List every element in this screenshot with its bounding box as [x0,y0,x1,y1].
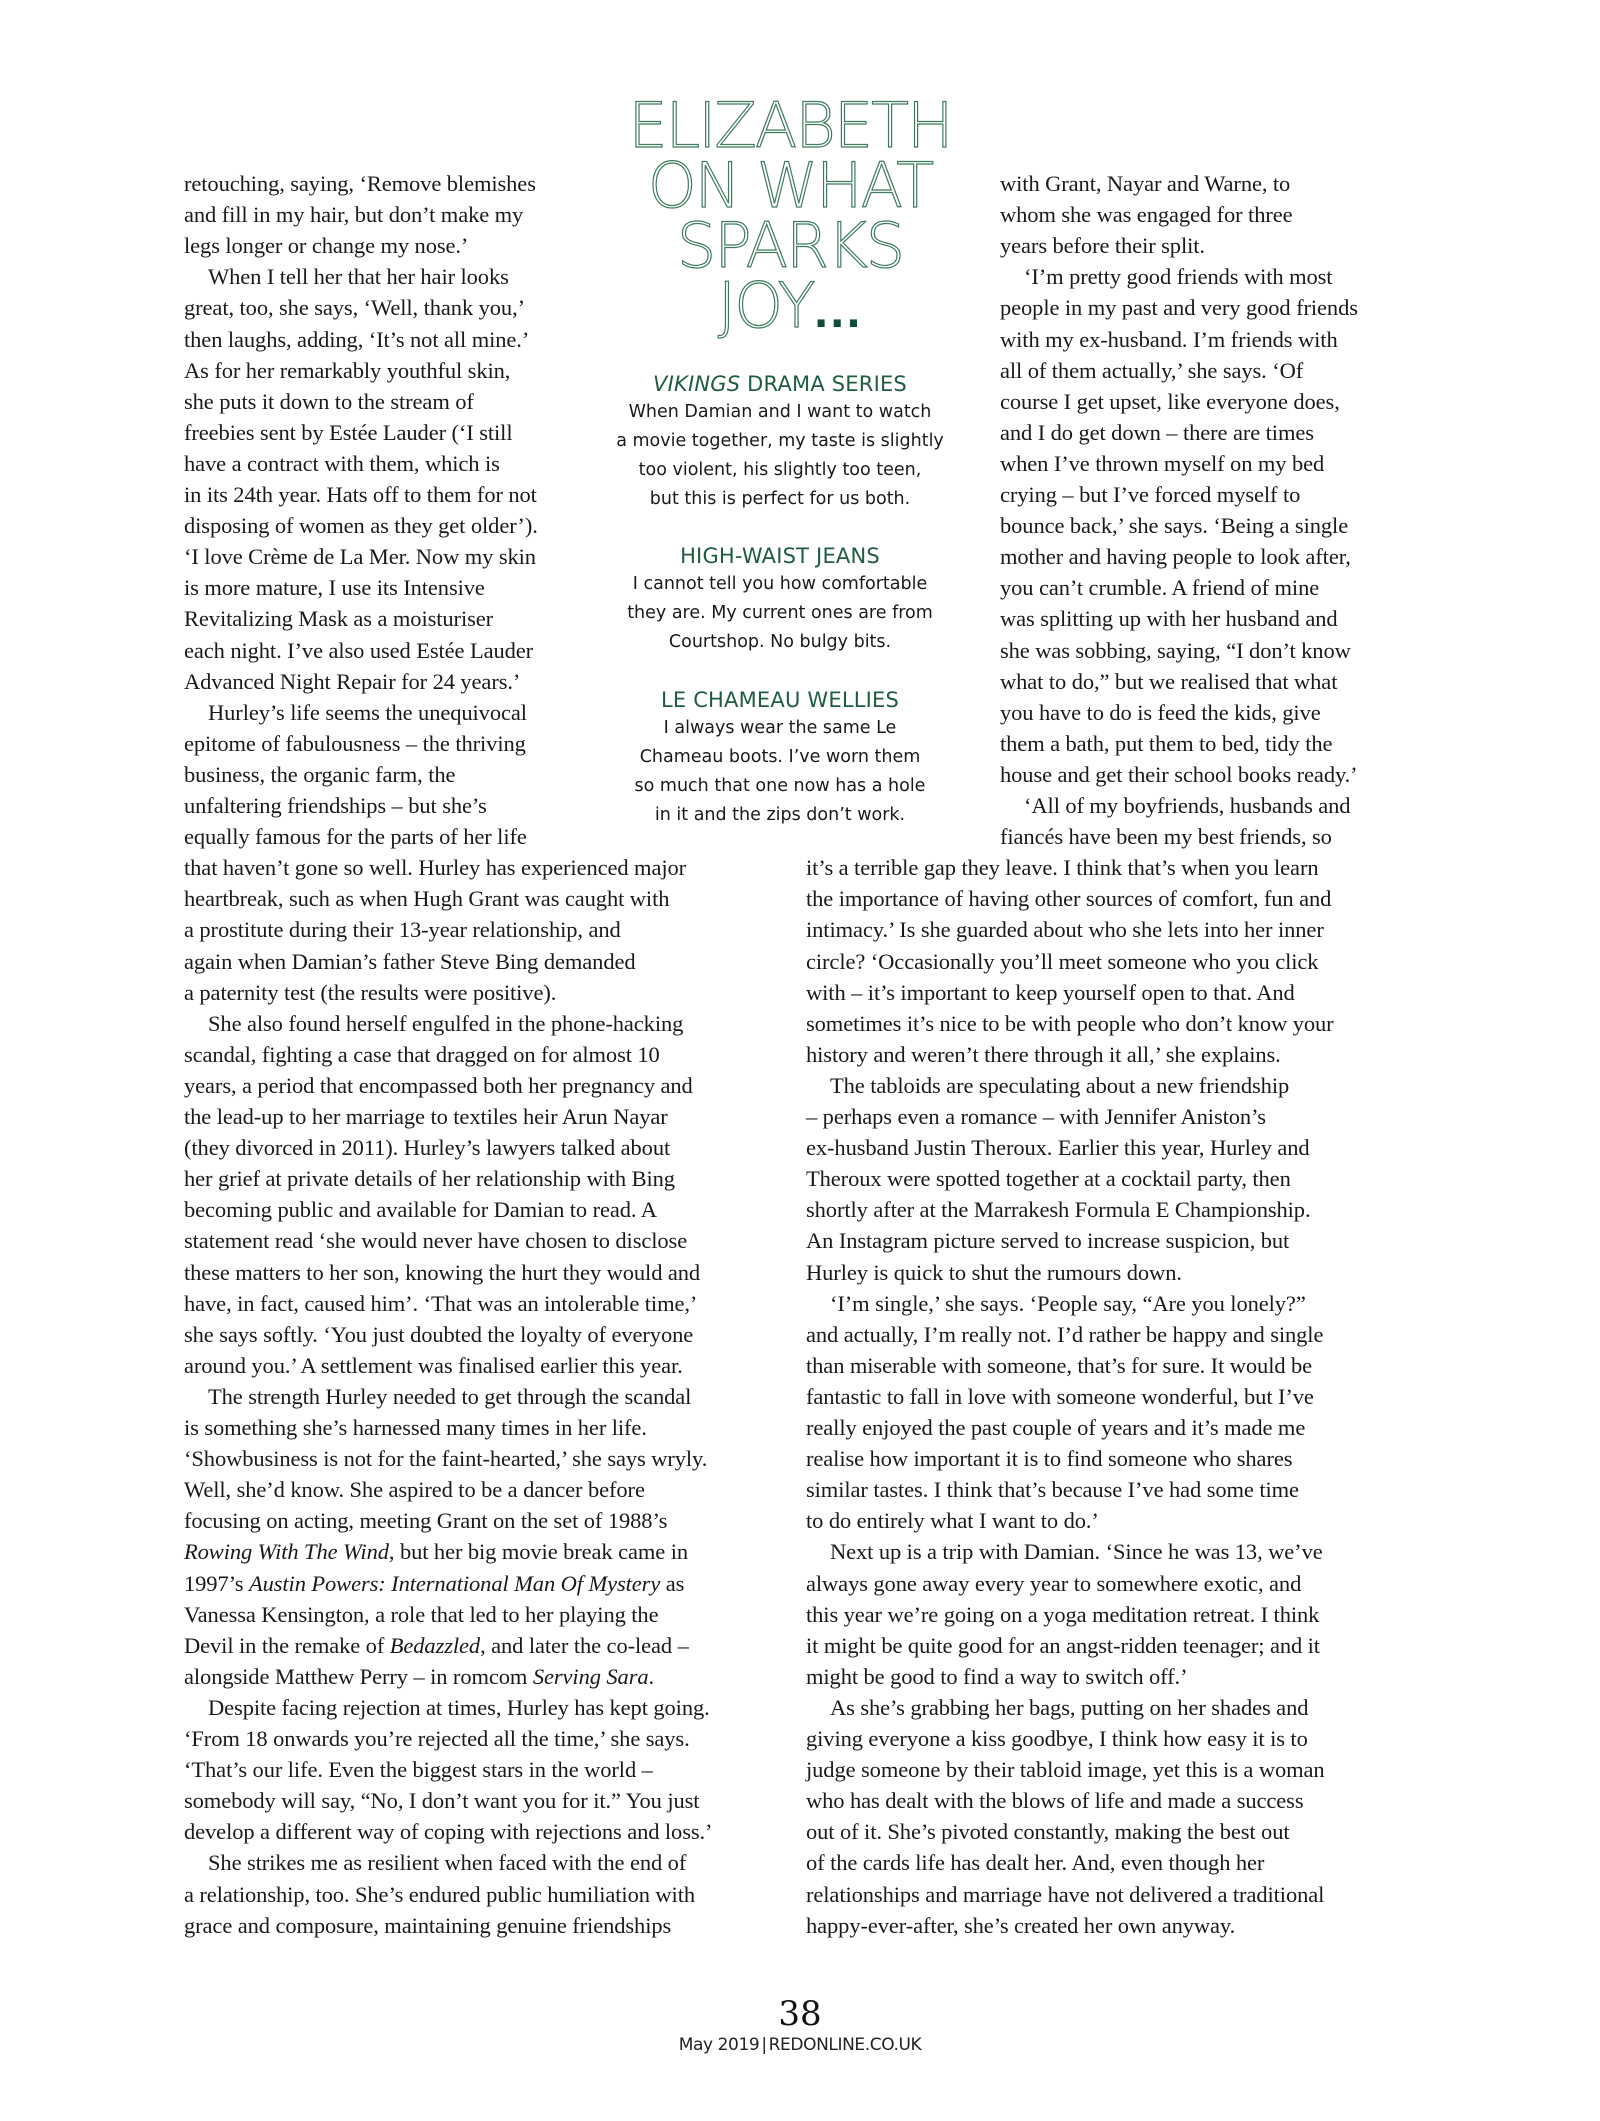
text-line: Rowing With The Wind, but her big movie … [184,1536,688,1567]
text-line: disposing of women as they get older’). [184,510,538,541]
text-line: develop a different way of coping with r… [184,1816,712,1847]
text-line: Devil in the remake of Bedazzled, and la… [184,1630,689,1661]
page-number: 38 [700,1996,900,2032]
text-line: the importance of having other sources o… [806,883,1331,914]
text-line: might be good to find a way to switch of… [806,1661,1187,1692]
text-line: As she’s grabbing her bags, putting on h… [830,1692,1308,1723]
sidebar-title-line: ON WHAT [620,156,960,216]
sidebar-title-line: SPARKS [620,216,960,276]
text-line: business, the organic farm, the [184,759,455,790]
text-line: ‘That’s our life. Even the biggest stars… [184,1754,653,1785]
text-line: unfaltering friendships – but she’s [184,790,487,821]
text-line: out of it. She’s pivoted constantly, mak… [806,1816,1290,1847]
text-line: crying – but I’ve forced myself to [1000,479,1300,510]
text-line: have, in fact, caused him’. ‘That was an… [184,1288,697,1319]
text-line: Advanced Night Repair for 24 years.’ [184,666,520,697]
text-line: ex-husband Justin Theroux. Earlier this … [806,1132,1310,1163]
sidebar-title-line: JOY... [620,276,960,344]
sidebar-item-body: I always wear the same Le Chameau boots.… [600,714,960,830]
text-line: great, too, she says, ‘Well, thank you,’ [184,292,525,323]
text-line: then laughs, adding, ‘It’s not all mine.… [184,324,529,355]
text-line: a prostitute during their 13-year relati… [184,914,621,945]
footer-separator: | [761,2035,766,2055]
sidebar-item-heading: VIKINGS DRAMA SERIES [600,370,960,398]
sidebar-item-heading: HIGH-WAIST JEANS [600,542,960,570]
text-line: realise how important it is to find some… [806,1443,1292,1474]
text-line: When I tell her that her hair looks [208,261,509,292]
text-line: and fill in my hair, but don’t make my [184,199,523,230]
text-line: – perhaps even a romance – with Jennifer… [806,1101,1266,1132]
text-line: scandal, fighting a case that dragged on… [184,1039,660,1070]
text-line: The tabloids are speculating about a new… [830,1070,1289,1101]
text-line: Hurley’s life seems the unequivocal [208,697,527,728]
sidebar-item-body: I cannot tell you how comfortable they a… [600,570,960,657]
text-line: Despite facing rejection at times, Hurle… [208,1692,710,1723]
text-line: fiancés have been my best friends, so [1000,821,1332,852]
text-line: As for her remarkably youthful skin, [184,355,510,386]
text-line: in its 24th year. Hats off to them for n… [184,479,537,510]
text-line: when I’ve thrown myself on my bed [1000,448,1324,479]
sidebar-title-line: ELIZABETH [620,96,960,156]
text-line: and I do get down – there are times [1000,417,1314,448]
text-line: ‘From 18 onwards you’re rejected all the… [184,1723,690,1754]
text-line: circle? ‘Occasionally you’ll meet someon… [806,946,1318,977]
text-line: years before their split. [1000,230,1205,261]
text-line: alongside Matthew Perry – in romcom Serv… [184,1661,654,1692]
text-line: ‘Showbusiness is not for the faint-heart… [184,1443,707,1474]
text-line: Next up is a trip with Damian. ‘Since he… [830,1536,1323,1567]
text-line: focusing on acting, meeting Grant on the… [184,1505,667,1536]
text-line: equally famous for the parts of her life [184,821,527,852]
text-line: you can’t crumble. A friend of mine [1000,572,1319,603]
text-line: was splitting up with her husband and [1000,603,1338,634]
text-line: ‘I’m pretty good friends with most [1024,261,1332,292]
text-line: that haven’t gone so well. Hurley has ex… [184,852,686,883]
text-line: becoming public and available for Damian… [184,1194,657,1225]
text-line: similar tastes. I think that’s because I… [806,1474,1299,1505]
text-line: it might be quite good for an angst-ridd… [806,1630,1320,1661]
text-line: somebody will say, “No, I don’t want you… [184,1785,699,1816]
text-line: a paternity test (the results were posit… [184,977,556,1008]
text-line: ‘I’m single,’ she says. ‘People say, “Ar… [830,1288,1306,1319]
text-line: of the cards life has dealt her. And, ev… [806,1847,1264,1878]
text-line: (they divorced in 2011). Hurley’s lawyer… [184,1132,670,1163]
text-line: to do entirely what I want to do.’ [806,1505,1099,1536]
text-line: statement read ‘she would never have cho… [184,1225,687,1256]
text-line: have a contract with them, which is [184,448,500,479]
text-line: ‘All of my boyfriends, husbands and [1024,790,1350,821]
text-line: sometimes it’s nice to be with people wh… [806,1008,1334,1039]
text-line: with my ex-husband. I’m friends with [1000,324,1338,355]
text-line: intimacy.’ Is she guarded about who she … [806,914,1324,945]
text-line: Revitalizing Mask as a moisturiser [184,603,493,634]
text-line: a relationship, too. She’s endured publi… [184,1879,695,1910]
text-line: who has dealt with the blows of life and… [806,1785,1304,1816]
sidebar-title: ELIZABETH ON WHAT SPARKS JOY... [620,96,960,344]
text-line: Theroux were spotted together at a cockt… [806,1163,1291,1194]
text-line: retouching, saying, ‘Remove blemishes [184,168,536,199]
text-line: 1997’s Austin Powers: International Man … [184,1568,684,1599]
text-line: she says softly. ‘You just doubted the l… [184,1319,693,1350]
text-line: and actually, I’m really not. I’d rather… [806,1319,1323,1350]
text-line: ‘I love Crème de La Mer. Now my skin [184,541,536,572]
text-line: is more mature, I use its Intensive [184,572,485,603]
text-line: judge someone by their tabloid image, ye… [806,1754,1325,1785]
text-line: house and get their school books ready.’ [1000,759,1358,790]
text-line: people in my past and very good friends [1000,292,1358,323]
page-footer: May 2019|REDONLINE.CO.UK [600,2034,1000,2056]
text-line: course I get upset, like everyone does, [1000,386,1340,417]
text-line: always gone away every year to somewhere… [806,1568,1301,1599]
text-line: relationships and marriage have not deli… [806,1879,1324,1910]
text-line: The strength Hurley needed to get throug… [208,1381,691,1412]
text-line: She also found herself engulfed in the p… [208,1008,683,1039]
text-line: her grief at private details of her rela… [184,1163,675,1194]
text-line: what to do,” but we realised that what [1000,666,1337,697]
text-line: heartbreak, such as when Hugh Grant was … [184,883,669,914]
text-line: Hurley is quick to shut the rumours down… [806,1257,1182,1288]
text-line: An Instagram picture served to increase … [806,1225,1289,1256]
text-line: really enjoyed the past couple of years … [806,1412,1305,1443]
sidebar-item-heading: LE CHAMEAU WELLIES [600,686,960,714]
text-line: happy-ever-after, she’s created her own … [806,1910,1235,1941]
text-line: mother and having people to look after, [1000,541,1351,572]
text-line: She strikes me as resilient when faced w… [208,1847,686,1878]
text-line: bounce back,’ she says. ‘Being a single [1000,510,1348,541]
text-line: around you.’ A settlement was finalised … [184,1350,683,1381]
text-line: all of them actually,’ she says. ‘Of [1000,355,1303,386]
text-line: each night. I’ve also used Estée Lauder [184,635,533,666]
text-line: she puts it down to the stream of [184,386,474,417]
text-line: this year we’re going on a yoga meditati… [806,1599,1319,1630]
text-line: Vanessa Kensington, a role that led to h… [184,1599,658,1630]
text-line: shortly after at the Marrakesh Formula E… [806,1194,1311,1225]
text-line: than miserable with someone, that’s for … [806,1350,1312,1381]
text-line: it’s a terrible gap they leave. I think … [806,852,1319,883]
text-line: you have to do is feed the kids, give [1000,697,1321,728]
text-line: again when Damian’s father Steve Bing de… [184,946,636,977]
magazine-page: ELIZABETH ON WHAT SPARKS JOY... VIKINGS … [0,0,1600,2121]
sidebar-item-body: When Damian and I want to watch a movie … [600,398,960,514]
text-line: the lead-up to her marriage to textiles … [184,1101,668,1132]
text-line: Well, she’d know. She aspired to be a da… [184,1474,645,1505]
text-line: them a bath, put them to bed, tidy the [1000,728,1332,759]
text-line: freebies sent by Estée Lauder (‘I still [184,417,512,448]
text-line: history and weren’t there through it all… [806,1039,1281,1070]
text-line: grace and composure, maintaining genuine… [184,1910,671,1941]
text-line: with Grant, Nayar and Warne, to [1000,168,1290,199]
text-line: legs longer or change my nose.’ [184,230,468,261]
text-line: is something she’s harnessed many times … [184,1412,647,1443]
text-line: these matters to her son, knowing the hu… [184,1257,700,1288]
website: REDONLINE.CO.UK [769,2035,922,2055]
text-line: fantastic to fall in love with someone w… [806,1381,1314,1412]
text-line: epitome of fabulousness – the thriving [184,728,526,759]
text-line: with – it’s important to keep yourself o… [806,977,1295,1008]
ellipsis-dots-icon: ... [813,291,862,337]
text-line: she was sobbing, saying, “I don’t know [1000,635,1351,666]
text-line: years, a period that encompassed both he… [184,1070,693,1101]
text-line: giving everyone a kiss goodbye, I think … [806,1723,1308,1754]
text-line: whom she was engaged for three [1000,199,1293,230]
issue-date: May 2019 [679,2035,760,2055]
